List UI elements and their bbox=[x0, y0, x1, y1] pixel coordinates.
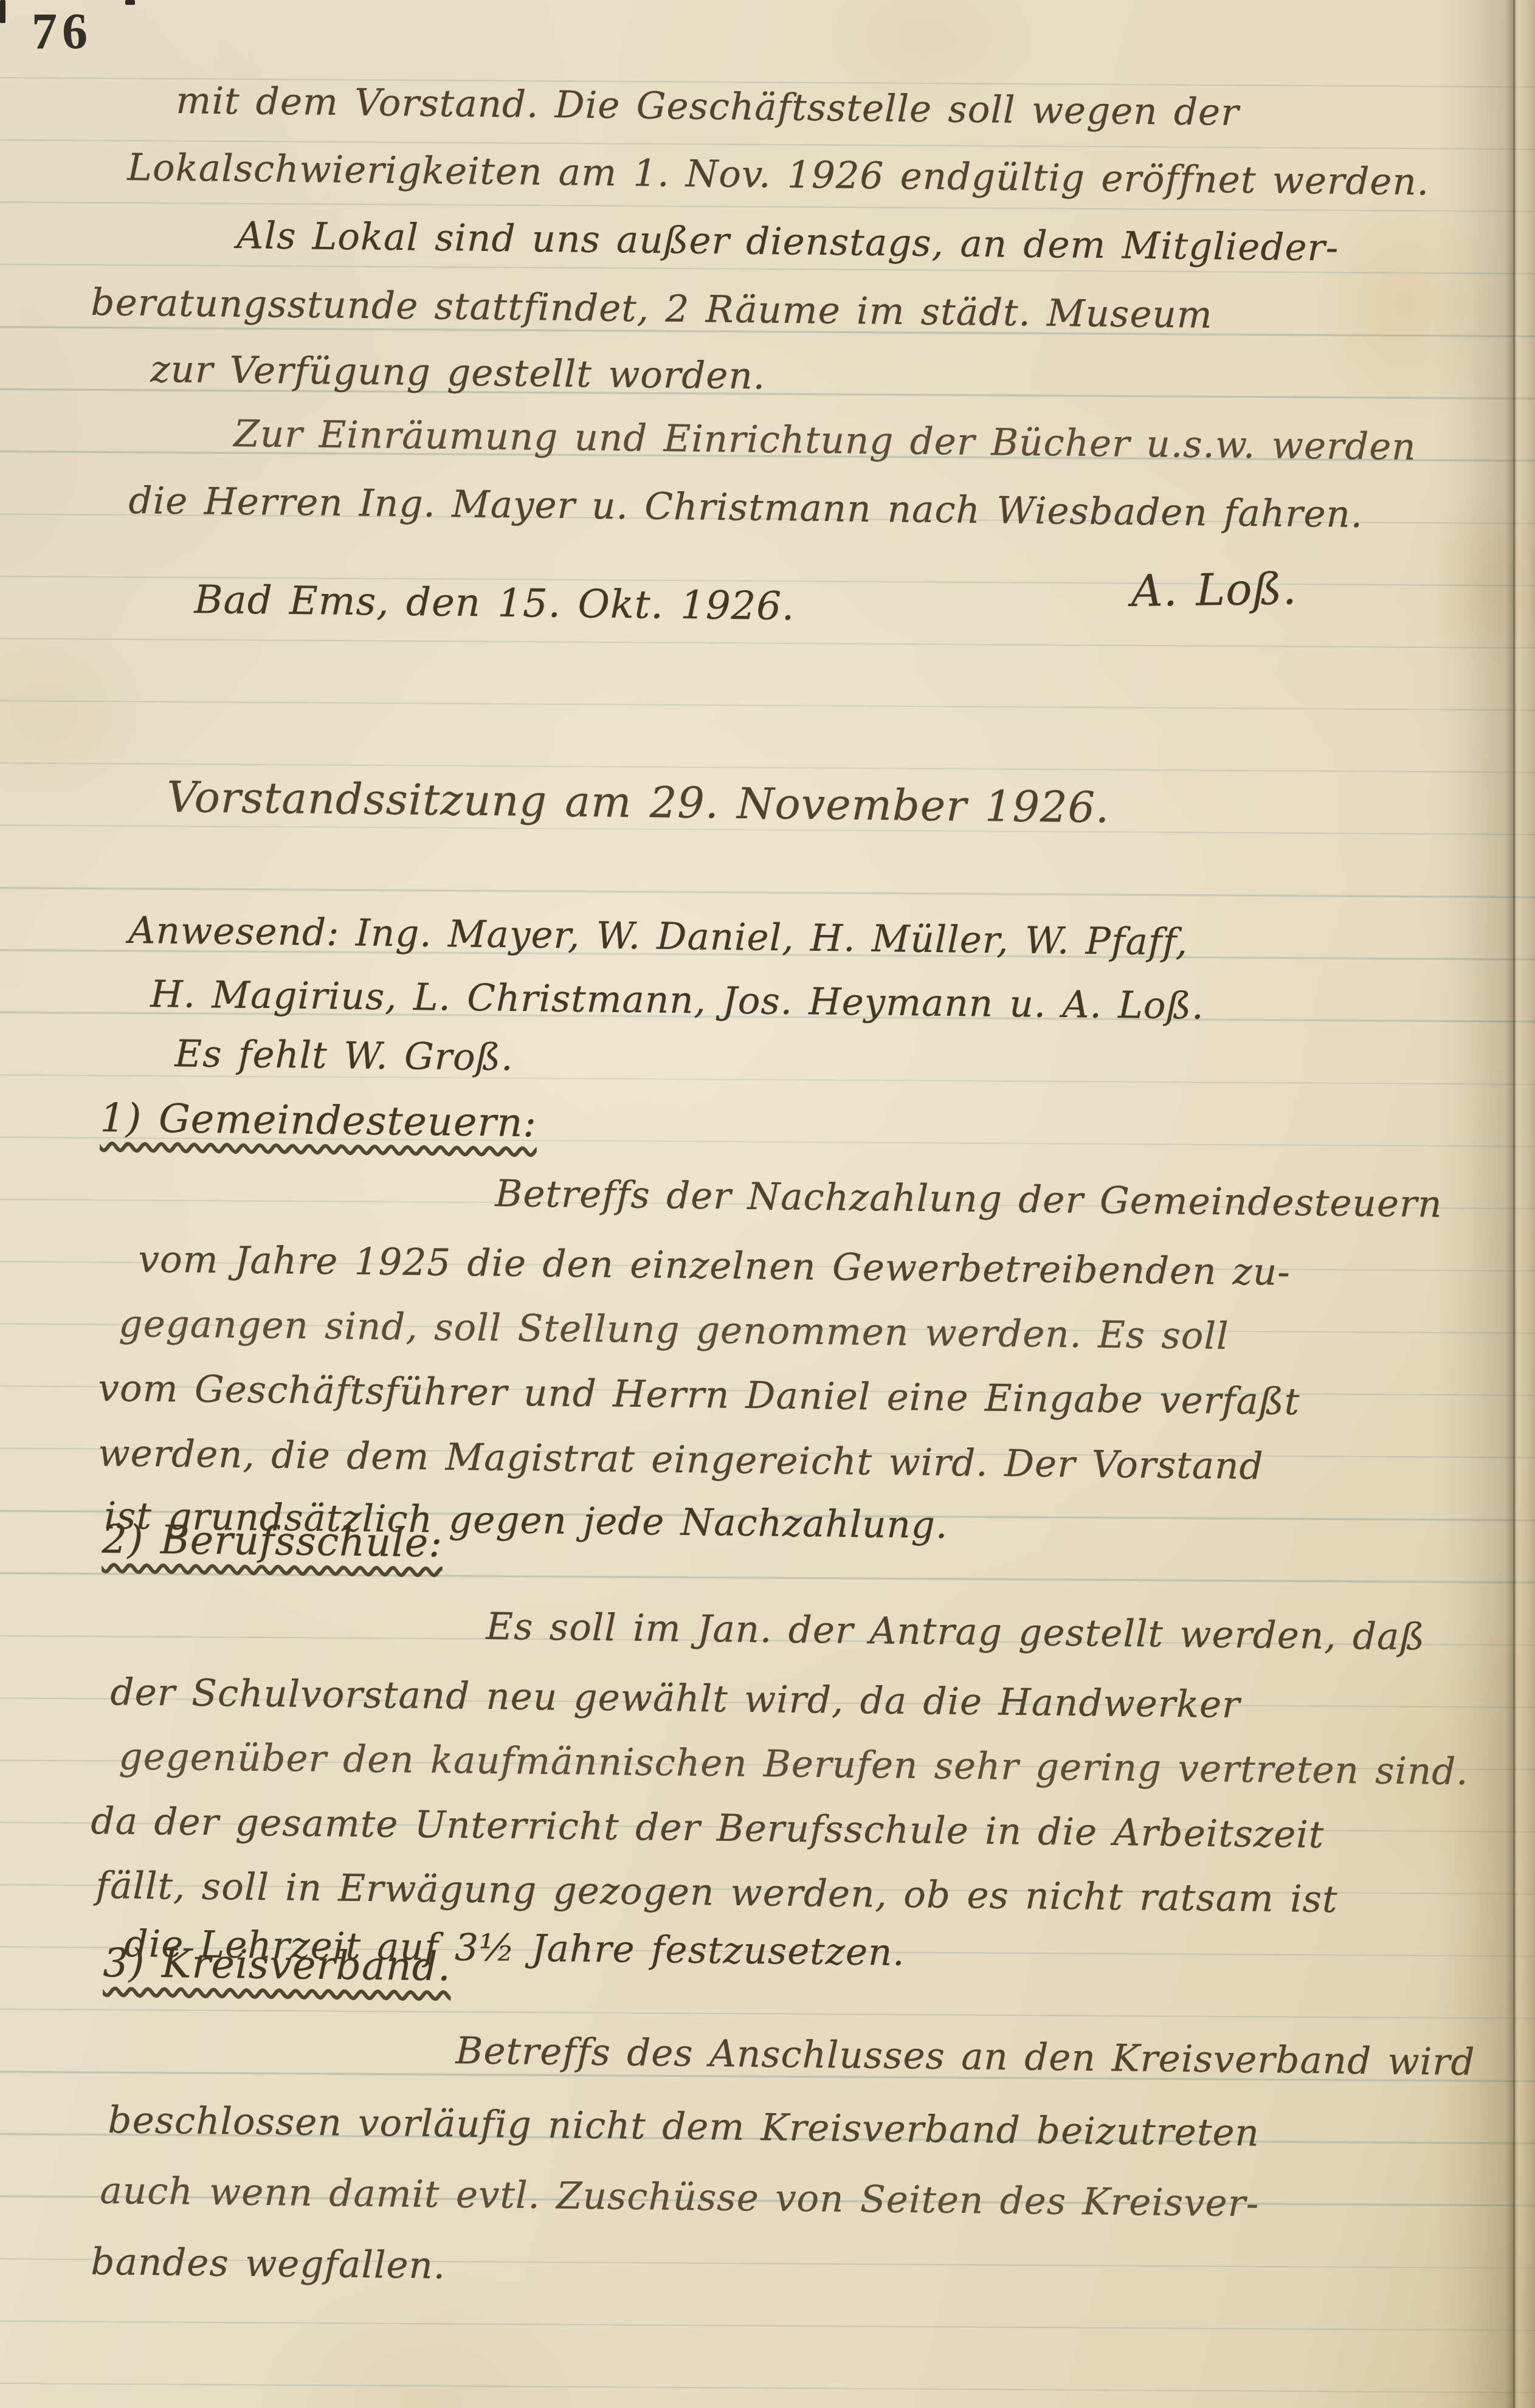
page-edge-line bbox=[1513, 0, 1515, 2408]
manuscript-page: 76 mit dem Vorstand. Die Geschäftsstelle… bbox=[0, 0, 1535, 2408]
page-edge-shading bbox=[0, 0, 1535, 2408]
